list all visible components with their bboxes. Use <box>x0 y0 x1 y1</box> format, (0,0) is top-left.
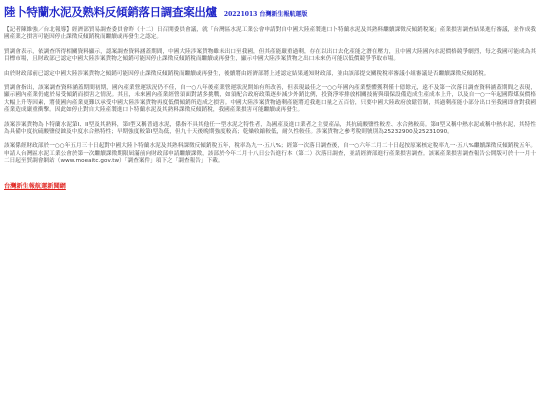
article-header: 陸卜特蘭水泥及熟料反傾銷落日調查案出爐 20221013 台灣新生報航運版 <box>4 4 536 22</box>
paragraph-6: 該案係經財政部於一○○年五月三十日起對中國大陸卜特蘭水泥及其熟料課徵反傾銷稅五年… <box>4 143 536 165</box>
article: 陸卜特蘭水泥及熟料反傾銷落日調查案出爐 20221013 台灣新生報航運版 【記… <box>0 0 540 192</box>
paragraph-2: 貿調會表示，依調查所得相關資料顯示，認案調查資料涵蓋期間，中國大陸涉案貨物雖未出… <box>4 49 536 64</box>
paragraph-5: 該案涉案貨物為卜特蘭水泥第I、II型及其熟料，第I型又稱普通水泥，係指不具其他任… <box>4 122 536 137</box>
article-title: 陸卜特蘭水泥及熟料反傾銷落日調查案出爐 <box>4 5 217 19</box>
source-news-link[interactable]: 台灣新生報航運新聞網 <box>4 181 66 190</box>
paragraph-4: 貿調會指出，該案調查資料涵蓋期間初期，國內產業營運狀況仍不佳，自一○八年後產業營… <box>4 85 536 115</box>
article-date-source: 20221013 台灣新生報航運版 <box>224 11 308 18</box>
paragraph-lead: 【記者陳維強／台北報導】經濟部貿易調查委員會昨（十二）日召開委員會議，就「台灣區… <box>4 27 536 42</box>
paragraph-3: 由於財政部前已認定中國大陸涉案貨物之傾銷可能因停止課徵反傾銷稅而繼續或再發生，後… <box>4 71 536 78</box>
